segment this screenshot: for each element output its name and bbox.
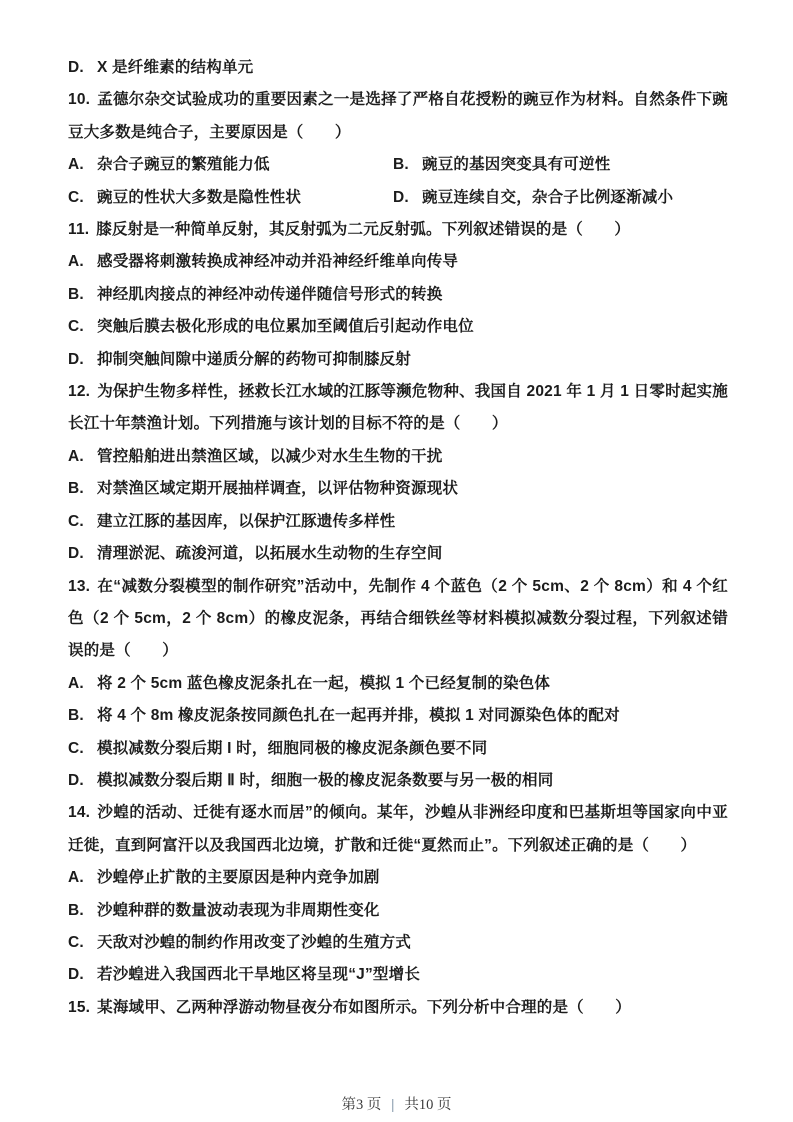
option-label: C.	[68, 182, 90, 214]
question-12-stem: 12.为保护生物多样性，拯救长江水域的江豚等濒危物种、我国自 2021 年 1 …	[68, 376, 728, 441]
option-label: D.	[68, 538, 90, 570]
question-14-stem: 14.沙蝗的活动、迁徙有逐水而居”的倾向。某年，沙蝗从非洲经印度和巴基斯坦等国家…	[68, 797, 728, 862]
option-label: A.	[68, 862, 90, 894]
option-text: 突触后膜去极化形成的电位累加至阈值后引起动作电位	[97, 318, 474, 335]
option-label: B.	[68, 279, 90, 311]
exam-content: D.X 是纤维素的结构单元 10.孟德尔杂交试验成功的重要因素之一是选择了严格自…	[68, 52, 728, 1024]
option-label: D.	[68, 344, 90, 376]
option-label: B.	[68, 895, 90, 927]
option-row: D.模拟减数分裂后期 Ⅱ 时，细胞一极的橡皮泥条数要与另一极的相同	[68, 765, 728, 797]
option-text: 若沙蝗进入我国西北干旱地区将呈现“J”型增长	[97, 966, 420, 983]
option-text: 神经肌肉接点的神经冲动传递伴随信号形式的转换	[97, 286, 442, 303]
option-row: B.将 4 个 8m 橡皮泥条按同颜色扎在一起再并排，模拟 1 对同源染色体的配…	[68, 700, 728, 732]
option-text: 沙蝗停止扩散的主要原因是种内竞争加剧	[97, 869, 380, 886]
option-text: X 是纤维素的结构单元	[97, 59, 253, 76]
option-text: 天敌对沙蝗的制约作用改变了沙蝗的生殖方式	[97, 934, 411, 951]
option-label: A.	[68, 149, 90, 181]
option-text: 抑制突触间隙中递质分解的药物可抑制膝反射	[97, 351, 411, 368]
option-text: 模拟减数分裂后期 Ⅱ 时，细胞一极的橡皮泥条数要与另一极的相同	[97, 772, 553, 789]
option-label: A.	[68, 246, 90, 278]
option-row: D.豌豆连续自交，杂合子比例逐渐减小	[393, 182, 728, 214]
question-text: 在“减数分裂模型的制作研究”活动中，先制作 4 个蓝色（2 个 5cm、2 个 …	[68, 578, 728, 660]
question-text: 为保护生物多样性，拯救长江水域的江豚等濒危物种、我国自 2021 年 1 月 1…	[68, 383, 728, 432]
option-text: 管控船舶进出禁渔区域，以减少对水生生物的干扰	[97, 448, 442, 465]
option-text: 对禁渔区域定期开展抽样调查，以评估物种资源现状	[97, 480, 458, 497]
option-label: D.	[68, 52, 90, 84]
orphan-option-d: D.X 是纤维素的结构单元	[68, 52, 728, 84]
footer-total-label: 共10 页	[404, 1097, 451, 1113]
option-text: 将 2 个 5cm 蓝色橡皮泥条扎在一起，模拟 1 个已经复制的染色体	[97, 675, 550, 692]
option-label: C.	[68, 733, 90, 765]
option-label: D.	[68, 765, 90, 797]
option-label: C.	[68, 311, 90, 343]
question-13-stem: 13.在“减数分裂模型的制作研究”活动中，先制作 4 个蓝色（2 个 5cm、2…	[68, 571, 728, 668]
option-label: A.	[68, 441, 90, 473]
question-number: 15.	[68, 999, 90, 1016]
question-10-options: A.杂合子豌豆的繁殖能力低 B.豌豆的基因突变具有可逆性 C.豌豆的性状大多数是…	[68, 149, 728, 214]
option-label: D.	[393, 182, 415, 214]
option-row: D.抑制突触间隙中递质分解的药物可抑制膝反射	[68, 344, 728, 376]
option-text: 豌豆的性状大多数是隐性性状	[97, 189, 301, 206]
option-row: C.豌豆的性状大多数是隐性性状	[68, 182, 393, 214]
question-number: 10.	[68, 91, 90, 108]
option-row: C.建立江豚的基因库，以保护江豚遗传多样性	[68, 506, 728, 538]
option-row: A.沙蝗停止扩散的主要原因是种内竞争加剧	[68, 862, 728, 894]
question-text: 某海域甲、乙两种浮游动物昼夜分布如图所示。下列分析中合理的是（ ）	[97, 999, 631, 1016]
option-text: 沙蝗种群的数量波动表现为非周期性变化	[97, 902, 380, 919]
option-label: A.	[68, 668, 90, 700]
option-text: 豌豆连续自交，杂合子比例逐渐减小	[422, 189, 673, 206]
option-row: D.清理淤泥、疏浚河道，以拓展水生动物的生存空间	[68, 538, 728, 570]
option-label: D.	[68, 959, 90, 991]
option-text: 清理淤泥、疏浚河道，以拓展水生动物的生存空间	[97, 545, 442, 562]
option-text: 杂合子豌豆的繁殖能力低	[97, 156, 270, 173]
option-row: B.豌豆的基因突变具有可逆性	[393, 149, 728, 181]
option-text: 模拟减数分裂后期 I 时，细胞同极的橡皮泥条颜色要不同	[97, 740, 487, 757]
question-11-stem: 11.膝反射是一种简单反射，其反射弧为二元反射弧。下列叙述错误的是（ ）	[68, 214, 728, 246]
question-text: 孟德尔杂交试验成功的重要因素之一是选择了严格自花授粉的豌豆作为材料。自然条件下豌…	[68, 91, 728, 140]
option-row: B.沙蝗种群的数量波动表现为非周期性变化	[68, 895, 728, 927]
option-label: C.	[68, 506, 90, 538]
option-row: A.管控船舶进出禁渔区域，以减少对水生生物的干扰	[68, 441, 728, 473]
question-number: 11.	[68, 221, 89, 238]
option-row: C.天敌对沙蝗的制约作用改变了沙蝗的生殖方式	[68, 927, 728, 959]
option-row: B.神经肌肉接点的神经冲动传递伴随信号形式的转换	[68, 279, 728, 311]
option-row: A.将 2 个 5cm 蓝色橡皮泥条扎在一起，模拟 1 个已经复制的染色体	[68, 668, 728, 700]
option-label: C.	[68, 927, 90, 959]
question-text: 膝反射是一种简单反射，其反射弧为二元反射弧。下列叙述错误的是（ ）	[96, 221, 630, 238]
option-row: D.若沙蝗进入我国西北干旱地区将呈现“J”型增长	[68, 959, 728, 991]
page-footer: 第3 页|共10 页	[0, 1093, 793, 1114]
question-number: 14.	[68, 804, 90, 821]
footer-separator: |	[391, 1097, 394, 1113]
question-10-stem: 10.孟德尔杂交试验成功的重要因素之一是选择了严格自花授粉的豌豆作为材料。自然条…	[68, 84, 728, 149]
question-number: 12.	[68, 383, 90, 400]
option-text: 建立江豚的基因库，以保护江豚遗传多样性	[97, 513, 395, 530]
option-text: 豌豆的基因突变具有可逆性	[422, 156, 610, 173]
option-row: C.突触后膜去极化形成的电位累加至阈值后引起动作电位	[68, 311, 728, 343]
document-page: D.X 是纤维素的结构单元 10.孟德尔杂交试验成功的重要因素之一是选择了严格自…	[0, 0, 793, 1122]
option-row: A.感受器将刺激转换成神经冲动并沿神经纤维单向传导	[68, 246, 728, 278]
question-number: 13.	[68, 578, 90, 595]
footer-page-label: 第3 页	[342, 1097, 382, 1113]
option-text: 感受器将刺激转换成神经冲动并沿神经纤维单向传导	[97, 253, 458, 270]
option-label: B.	[68, 700, 90, 732]
option-row: B.对禁渔区域定期开展抽样调查，以评估物种资源现状	[68, 473, 728, 505]
option-row: A.杂合子豌豆的繁殖能力低	[68, 149, 393, 181]
option-row: C.模拟减数分裂后期 I 时，细胞同极的橡皮泥条颜色要不同	[68, 733, 728, 765]
option-label: B.	[68, 473, 90, 505]
question-text: 沙蝗的活动、迁徙有逐水而居”的倾向。某年，沙蝗从非洲经印度和巴基斯坦等国家向中亚…	[68, 804, 728, 853]
option-text: 将 4 个 8m 橡皮泥条按同颜色扎在一起再并排，模拟 1 对同源染色体的配对	[97, 707, 620, 724]
question-15-stem: 15.某海域甲、乙两种浮游动物昼夜分布如图所示。下列分析中合理的是（ ）	[68, 992, 728, 1024]
option-label: B.	[393, 149, 415, 181]
